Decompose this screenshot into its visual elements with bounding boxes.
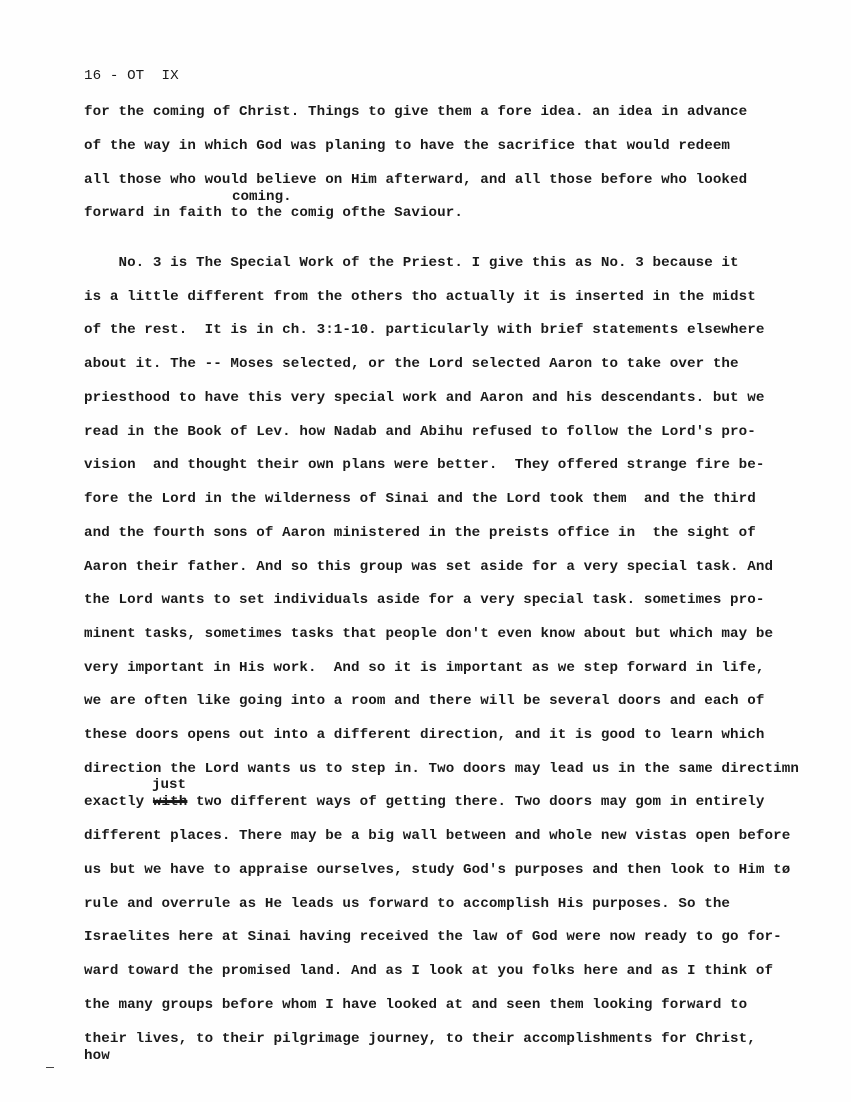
text-line: fore the Lord in the wilderness of Sinai… xyxy=(84,491,756,507)
text-line: for the coming of Christ. Things to give… xyxy=(84,104,747,120)
text-line: different places. There may be a big wal… xyxy=(84,828,790,844)
text-fragment: exactly xyxy=(84,794,153,810)
text-line: these doors opens out into a different d… xyxy=(84,727,765,743)
text-line: their lives, to their pilgrimage journey… xyxy=(84,1031,756,1047)
text-line: Aaron their father. And so this group wa… xyxy=(84,559,773,575)
text-line: and the fourth sons of Aaron ministered … xyxy=(84,525,756,541)
page-header: 16 - OT IX xyxy=(84,68,179,84)
text-line: forward in faith to the comig ofthe Savi… xyxy=(84,205,463,221)
text-line: priesthood to have this very special wor… xyxy=(84,390,765,406)
text-line: of the rest. It is in ch. 3:1-10. partic… xyxy=(84,322,765,338)
text-line: vision and thought their own plans were … xyxy=(84,457,765,473)
text-line: we are often like going into a room and … xyxy=(84,693,765,709)
text-line: direction the Lord wants us to step in. … xyxy=(84,761,799,777)
text-line: No. 3 is The Special Work of the Priest.… xyxy=(84,255,739,271)
text-line: ward toward the promised land. And as I … xyxy=(84,963,773,979)
document-page: 16 - OT IX for the coming of Christ. Thi… xyxy=(0,0,851,1102)
text-line: the many groups before whom I have looke… xyxy=(84,997,747,1013)
text-line: rule and overrule as He leads us forward… xyxy=(84,896,730,912)
text-line: very important in His work. And so it is… xyxy=(84,660,765,676)
margin-mark xyxy=(46,1067,54,1068)
text-line: us but we have to appraise ourselves, st… xyxy=(84,862,790,878)
text-line: read in the Book of Lev. how Nadab and A… xyxy=(84,424,756,440)
interlinear-correction: coming. xyxy=(232,189,292,205)
text-line: minent tasks, sometimes tasks that peopl… xyxy=(84,626,773,642)
text-line: the Lord wants to set individuals aside … xyxy=(84,592,765,608)
text-line: of the way in which God was planing to h… xyxy=(84,138,730,154)
text-line: all those who would believe on Him after… xyxy=(84,172,747,188)
text-line: Israelites here at Sinai having received… xyxy=(84,929,782,945)
text-line: how xyxy=(84,1048,110,1064)
struck-word: with xyxy=(153,794,187,810)
text-line: exactly with two different ways of getti… xyxy=(84,794,765,810)
text-line: about it. The -- Moses selected, or the … xyxy=(84,356,739,372)
text-line: is a little different from the others th… xyxy=(84,289,756,305)
text-fragment: two different ways of getting there. Two… xyxy=(187,794,764,810)
interlinear-correction: just xyxy=(152,777,186,793)
